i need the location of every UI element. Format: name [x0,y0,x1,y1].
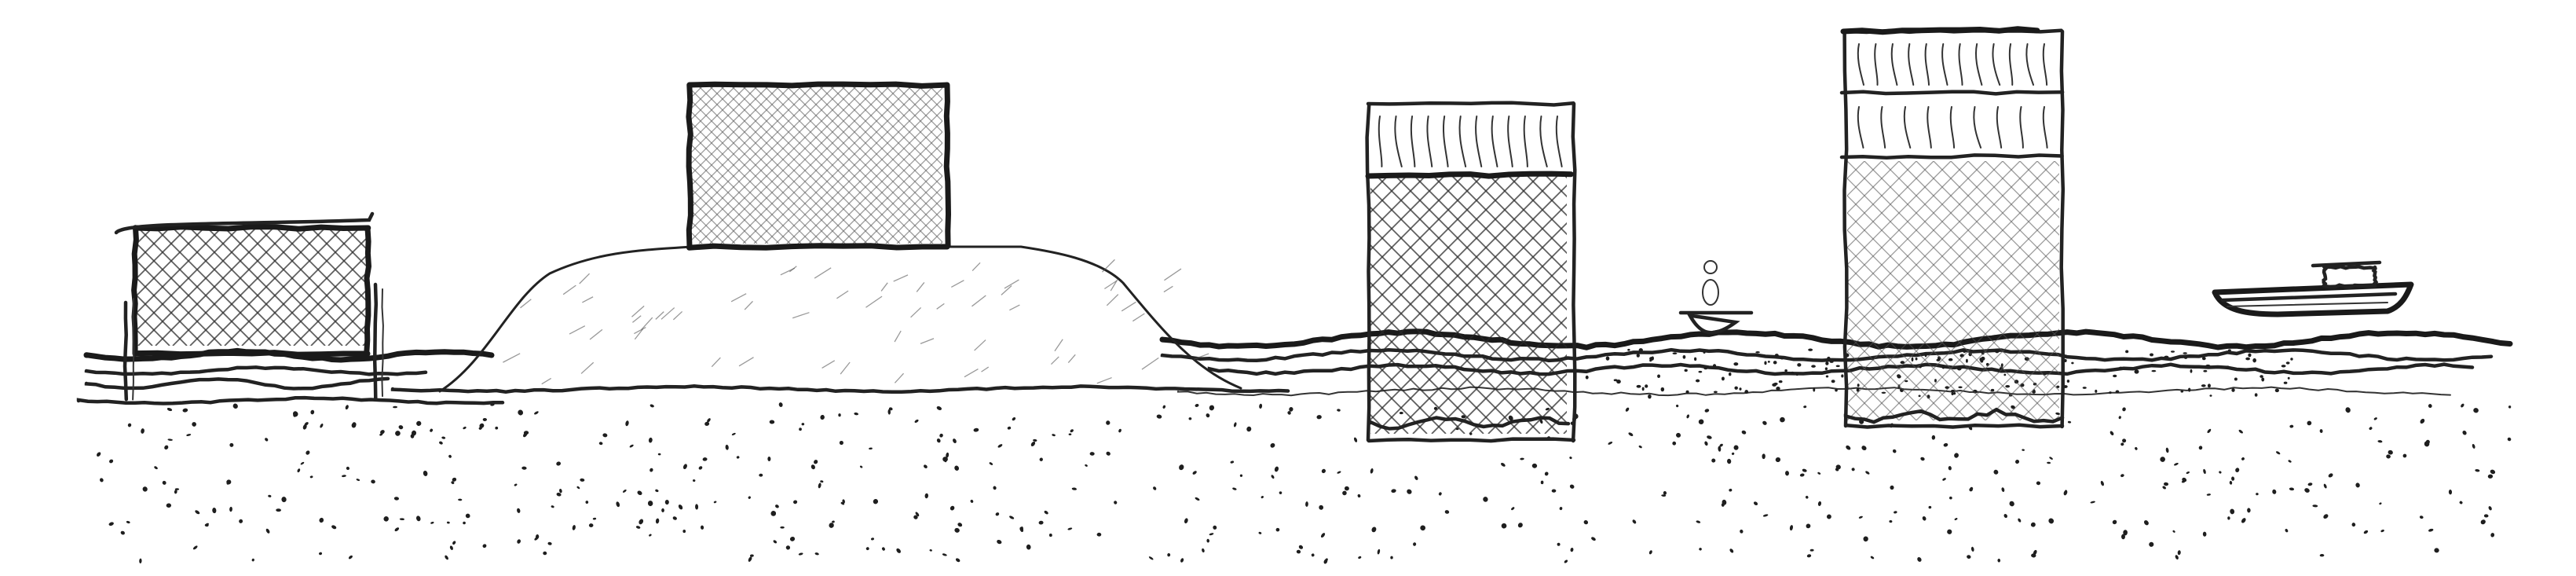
section-sketch: Low building on stilts above water Build… [0,0,2576,576]
